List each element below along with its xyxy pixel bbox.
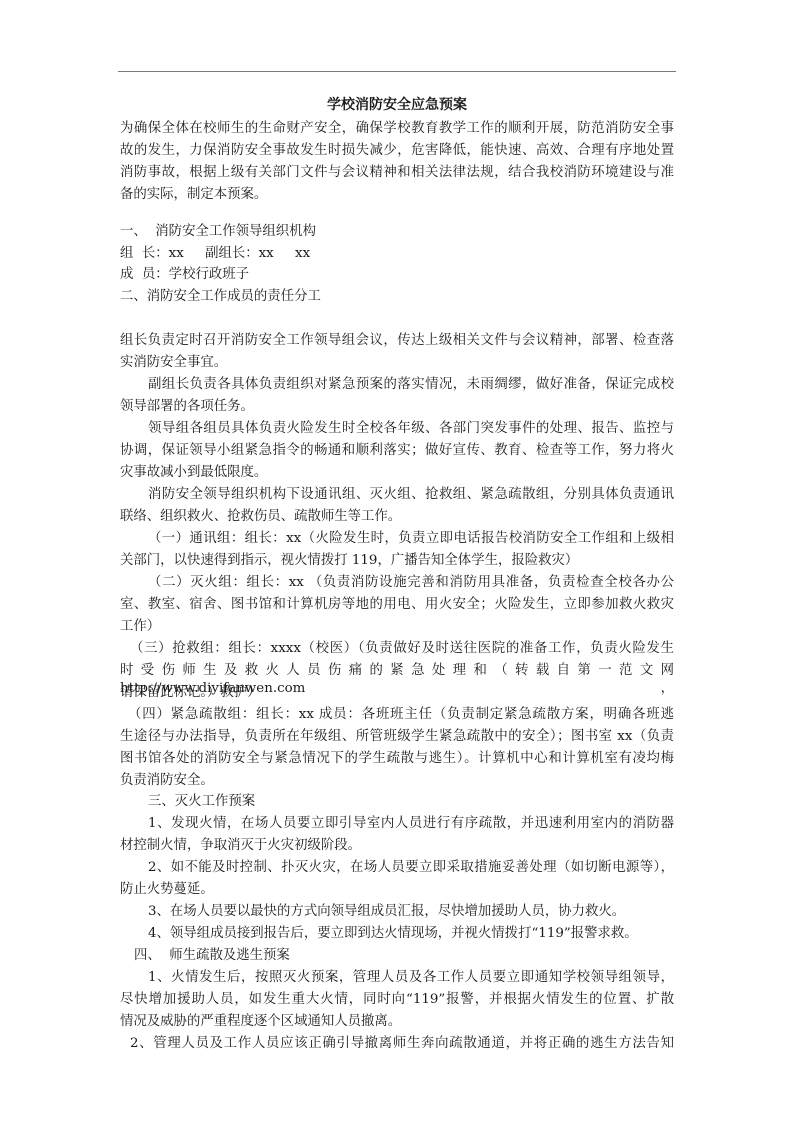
text-line: 工作）	[120, 618, 674, 636]
text-line: 灾事故减小到最低限度。	[120, 464, 674, 482]
text-line: 消防事故，根据上级有关部门文件与会议精神和相关法律法规，结合我校消防环境建设与准	[120, 164, 674, 182]
text-line: 成 员：学校行政班子	[120, 266, 674, 284]
text-line: 二、消防安全工作成员的责任分工	[120, 288, 674, 306]
text-line: 为确保全体在校师生的生命财产安全，确保学校教育教学工作的顺利开展，防范消防安全事	[120, 120, 674, 138]
header-rule	[118, 71, 676, 72]
text-line: 材控制火情，争取消灭于火灾初级阶段。	[120, 837, 674, 855]
text-line: 2、管理人员及工作人员应该正确引导撤离师生奔向疏散通道，并将正确的逃生方法告知	[130, 1035, 674, 1053]
text-line: 故的发生，力保消防安全事故发生时损失减少，危害降低，能快速、高效、合理有序地处置	[120, 142, 674, 160]
text-line: 室、教室、宿舍、图书馆和计算机房等地的用电、用火安全；火险发生，立即参加救火救灾	[120, 596, 674, 614]
text-line: 消防安全领导组织机构下设通讯组、灭火组、抢救组、紧急疏散组，分别具体负责通讯	[148, 486, 674, 504]
text-line: 关部门，以快速得到指示，视火情拨打 119，广播告知全体学生，报险救灾）	[120, 552, 674, 570]
text-line: （四）紧急疏散组：组长：xx 成员：各班班主任（负责制定紧急疏散方案，明确各班逃	[128, 706, 674, 724]
text-line: 生途径与办法指导，负责所在年级组、所管班级学生紧急疏散中的安全）；图书室 xx（…	[120, 728, 674, 746]
text-line: 领导组各组员具体负责火险发生时全校各年级、各部门突发事件的处理、报告、监控与	[148, 420, 674, 438]
text-line: （二）灭火组：组长：xx （负责消防设施完善和消防用具准备，负责检查全校各办公	[148, 574, 674, 592]
text-line: 4、领导组成员接到报告后，要立即到达火情现场，并视火情拨打“119”报警求救。	[148, 925, 674, 943]
text-line: 副组长负责各具体负责组织对紧急预案的落实情况，未雨绸缪，做好准备，保证完成校	[148, 376, 674, 394]
text-line: 三、灭火工作预案	[148, 793, 674, 811]
text-line: 一、 消防安全工作领导组织机构	[120, 223, 674, 241]
text-line: 防止火势蔓延。	[120, 881, 674, 899]
text-line: 请保留此标记。）救护）	[120, 684, 674, 702]
text-line: 情况及威胁的严重程度逐个区域通知人员撤离。	[120, 1013, 674, 1031]
text-line: （三）抢救组：组长：xxxx（校医）（负责做好及时送往医院的准备工作，负责火险发…	[130, 640, 674, 658]
text-line: 备的实际，制定本预案。	[120, 186, 674, 204]
text-line: 联络、组织救火、抢救伤员、疏散师生等工作。	[120, 508, 674, 526]
text-line: 尽快增加援助人员，如发生重大火情，同时向“119”报警，并根据火情发生的位置、扩…	[120, 991, 674, 1009]
text-line: 2、如不能及时控制、扑灭火灾，在场人员要立即采取措施妥善处理（如切断电源等），	[148, 859, 674, 877]
text-line: 协调，保证领导小组紧急指令的畅通和顺利落实；做好宣传、教育、检查等工作，努力将火	[120, 442, 674, 460]
text-line: 领导部署的各项任务。	[120, 398, 674, 416]
document-title: 学校消防安全应急预案	[118, 96, 676, 114]
text-line: 负责消防安全。	[120, 772, 674, 790]
text-line: 图书馆各处的消防安全与紧急情况下的学生疏散与逃生）。计算机中心和计算机室有凌均梅	[120, 750, 674, 768]
text-line: 1、发现火情，在场人员要立即引导室内人员进行有序疏散，并迅速利用室内的消防器	[148, 815, 674, 833]
text-line: 组长负责定时召开消防安全工作领导组会议，传达上级相关文件与会议精神，部署、检查落	[120, 332, 674, 350]
text-line: （一）通讯组：组长：xx（火险发生时，负责立即电话报告校消防安全工作组和上级相	[148, 530, 674, 548]
text-line: 组 长：xx 副组长：xx xx	[120, 245, 674, 263]
text-line: 3、在场人员要以最快的方式向领导组成员汇报，尽快增加援助人员，协力救火。	[148, 903, 674, 921]
text-line: 四、 师生疏散及逃生预案	[134, 947, 674, 965]
text-line: 实消防安全事宜。	[120, 354, 674, 372]
text-line: 1、火情发生后，按照灭火预案，管理人员及各工作人员要立即通知学校领导组领导，	[148, 969, 674, 987]
